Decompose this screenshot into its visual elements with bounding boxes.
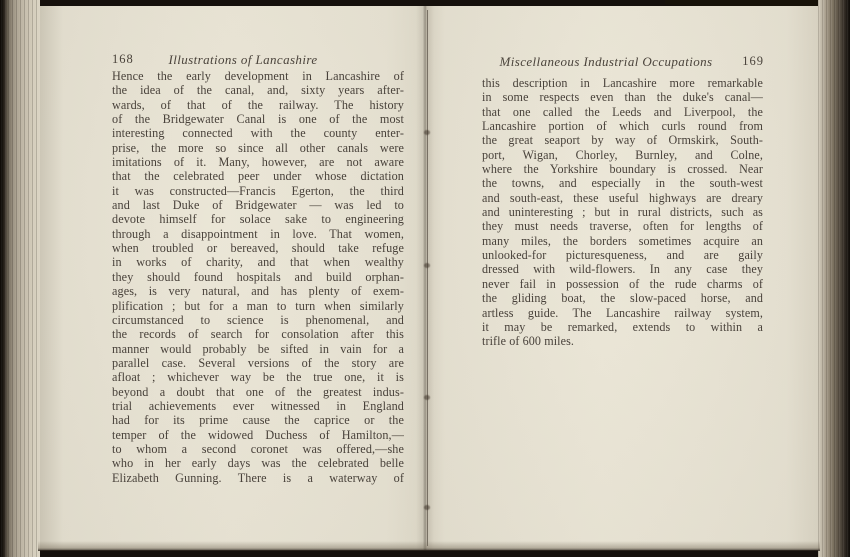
body-line: dressed with wild-flowers. In any case t… <box>482 262 763 276</box>
body-line: port, Wigan, Chorley, Burnley, and Colne… <box>482 148 763 162</box>
body-line: they should found hospitals and build or… <box>112 270 404 284</box>
body-line: they must needs traverse, often for leng… <box>482 219 763 233</box>
body-line: trial achievements ever witnessed in Eng… <box>112 399 404 413</box>
right-page-number: 169 <box>742 54 764 69</box>
body-line: the gliding boat, the slow-paced horse, … <box>482 291 763 305</box>
page-edges-left <box>0 0 40 557</box>
stitch-mark <box>424 130 430 135</box>
body-line: when troubled or bereaved, should take r… <box>112 241 404 255</box>
body-line: that one called the Leeds and Liverpool,… <box>482 105 763 119</box>
body-line: artless guide. The Lancashire railway sy… <box>482 306 763 320</box>
body-line: plification ; but for a man to turn when… <box>112 299 404 313</box>
body-line: Elizabeth Gunning. There is a waterway o… <box>112 471 404 485</box>
body-line: and south-east, these useful highways ar… <box>482 191 763 205</box>
body-line: and uninteresting ; but in rural distric… <box>482 205 763 219</box>
body-line: interesting connected with the county en… <box>112 126 404 140</box>
body-line: afloat ; whichever way be the true one, … <box>112 370 404 384</box>
right-page: Miscellaneous Industrial Occupations 169… <box>425 6 818 550</box>
body-line: had for its prime cause the caprice or t… <box>112 413 404 427</box>
body-line: Lancashire portion of which curls round … <box>482 119 763 133</box>
body-line: prise, the more so since all other canal… <box>112 141 404 155</box>
body-line: to whom a second coronet was offered,—sh… <box>112 442 404 456</box>
right-running-title: Miscellaneous Industrial Occupations <box>482 54 764 70</box>
body-line: that the celebrated peer under whose dic… <box>112 169 404 183</box>
body-line: temper of the widowed Duchess of Hamilto… <box>112 428 404 442</box>
right-page-header: Miscellaneous Industrial Occupations 169 <box>482 54 764 70</box>
stitch-mark <box>424 263 430 268</box>
body-line: parallel case. Several versions of the s… <box>112 356 404 370</box>
body-line: the great seaport by way of Ormskirk, So… <box>482 133 763 147</box>
body-line: circumstanced to science is phenomenal, … <box>112 313 404 327</box>
body-line: ages, is very natural, and has plenty of… <box>112 284 404 298</box>
stitch-mark <box>424 505 430 510</box>
body-line: many miles, the borders sometimes acquir… <box>482 234 763 248</box>
left-page: 168 Illustrations of Lancashire Hence th… <box>40 6 425 550</box>
open-book-photo: 168 Illustrations of Lancashire Hence th… <box>0 0 850 557</box>
body-line: it may be remarked, extends to within a <box>482 320 763 334</box>
body-line: through a disappointment in love. That w… <box>112 227 404 241</box>
body-line: it was constructed—Francis Egerton, the … <box>112 184 404 198</box>
left-running-title: Illustrations of Lancashire <box>112 52 404 68</box>
body-line: the idea of the canal, and, sixty years … <box>112 83 404 97</box>
body-line: imitations of it. Many, however, are not… <box>112 155 404 169</box>
body-line: the towns, and especially in the south-w… <box>482 176 763 190</box>
body-line: trifle of 600 miles. <box>482 334 763 348</box>
body-line: beyond a doubt that one of the greatest … <box>112 385 404 399</box>
book-gutter-line <box>427 10 428 546</box>
body-line: in works of charity, and that when wealt… <box>112 255 404 269</box>
body-line: never fail in possession of the rude cha… <box>482 277 763 291</box>
body-line: where the Yorkshire boundary is crossed.… <box>482 162 763 176</box>
body-line: unlooked-for picturesqueness, and are ga… <box>482 248 763 262</box>
page-edges-right <box>818 0 850 557</box>
body-line: wards, of that of the railway. The histo… <box>112 98 404 112</box>
body-line: Hence the early development in Lancashir… <box>112 69 404 83</box>
stitch-mark <box>424 395 430 400</box>
page-bottom-edge <box>38 541 820 551</box>
body-line: devote himself for solace sake to engine… <box>112 212 404 226</box>
body-line: manner would probably be sifted in vain … <box>112 342 404 356</box>
left-page-header: 168 Illustrations of Lancashire <box>112 52 404 68</box>
left-page-body: Hence the early development in Lancashir… <box>112 69 404 485</box>
body-line: of the Bridgewater Canal is one of the m… <box>112 112 404 126</box>
body-line: who in her early days was the celebrated… <box>112 456 404 470</box>
body-line: and last Duke of Bridgewater — was led t… <box>112 198 404 212</box>
left-page-number: 168 <box>112 52 134 67</box>
right-page-body: this description in Lancashire more rema… <box>482 76 763 349</box>
body-line: this description in Lancashire more rema… <box>482 76 763 90</box>
body-line: in some respects even than the duke's ca… <box>482 90 763 104</box>
book-gutter-shadow <box>416 6 434 550</box>
body-line: the records of search for consolation af… <box>112 327 404 341</box>
